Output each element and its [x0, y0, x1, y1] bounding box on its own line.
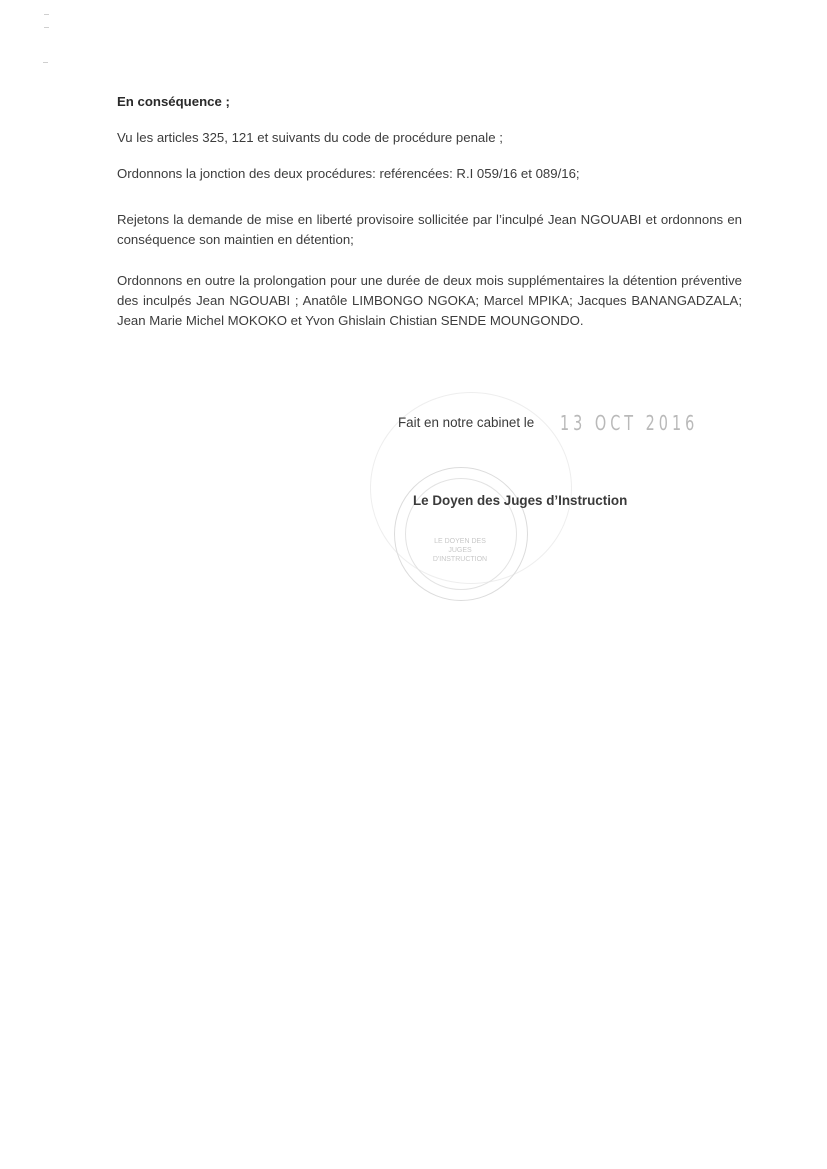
signatory-title: Le Doyen des Juges d’Instruction: [413, 493, 627, 508]
section-heading: En conséquence ;: [117, 92, 742, 112]
scan-speck: [44, 14, 49, 15]
scan-speck: [44, 27, 49, 28]
document-page: En conséquence ; Vu les articles 325, 12…: [0, 0, 827, 1169]
place-line: Fait en notre cabinet le: [398, 415, 534, 430]
paragraph-jonction: Ordonnons la jonction des deux procédure…: [117, 164, 742, 184]
paragraph-prolongation: Ordonnons en outre la prolongation pour …: [117, 271, 742, 331]
official-seal: [394, 467, 528, 601]
seal-text: LE DOYEN DES JUGES D'INSTRUCTION: [425, 537, 495, 564]
scan-speck: [43, 62, 48, 63]
paragraph-articles: Vu les articles 325, 121 et suivants du …: [117, 128, 742, 148]
paragraph-rejet: Rejetons la demande de mise en liberté p…: [117, 210, 742, 250]
date-stamp: 13 OCT 2016: [560, 411, 698, 435]
